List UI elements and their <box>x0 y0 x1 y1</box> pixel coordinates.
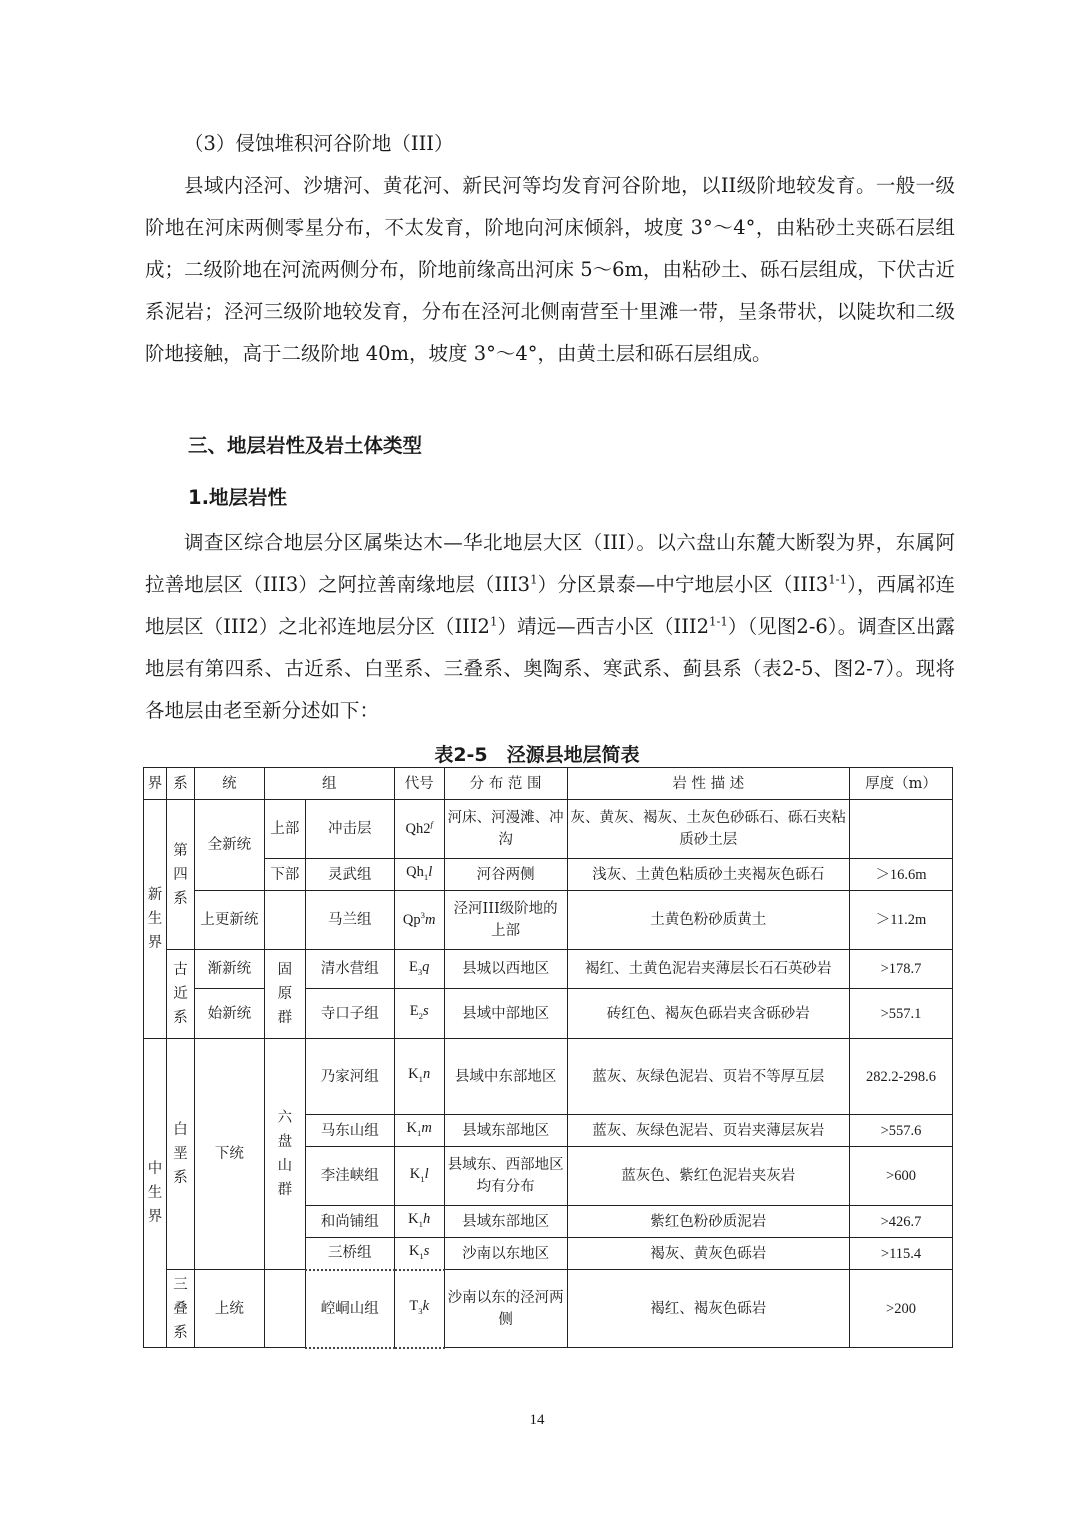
group-name: 清水营组 <box>305 950 394 989</box>
table-header-row: 界 系 统 组 代号 分 布 范 围 岩 性 描 述 厚度（m） <box>144 768 953 800</box>
paragraph-river-terrace: 县域内泾河、沙塘河、黄花河、新民河等均发育河谷阶地，以II级阶地较发育。一般一级… <box>145 165 955 375</box>
lithology: 砖红色、褐灰色砾岩夹含砾砂岩 <box>567 989 850 1039</box>
lithology: 蓝灰色、紫红色泥岩夹灰岩 <box>567 1147 850 1206</box>
thickness: ＞16.6m <box>850 859 953 891</box>
thickness: >426.7 <box>850 1206 953 1238</box>
lithology: 土黄色粉砂质黄土 <box>567 891 850 950</box>
table-caption: 表2-5 泾源县地层简表 <box>0 740 1074 767</box>
system-quaternary: 第四系 <box>166 800 194 950</box>
code: E3q <box>394 950 444 989</box>
header-range: 分 布 范 围 <box>444 768 567 800</box>
strata-table: 界 系 统 组 代号 分 布 范 围 岩 性 描 述 厚度（m） 新生界 第四系… <box>143 767 953 1349</box>
code: Qh2f <box>394 800 444 859</box>
series-holocene: 全新统 <box>194 800 264 891</box>
table-row: 下部 灵武组 Qh1l 河谷两侧 浅灰、土黄色粘质砂土夹褐灰色砾石 ＞16.6m <box>144 859 953 891</box>
thickness: >557.1 <box>850 989 953 1039</box>
distribution: 河床、河漫滩、冲沟 <box>444 800 567 859</box>
empty-cell <box>264 1270 305 1348</box>
page-number: 14 <box>0 1412 1074 1429</box>
group-name: 灵武组 <box>305 859 394 891</box>
header-lithology: 岩 性 描 述 <box>567 768 850 800</box>
system-triassic: 三叠系 <box>166 1270 194 1348</box>
thickness: >178.7 <box>850 950 953 989</box>
code: T3k <box>394 1270 444 1348</box>
chapter-heading: 三、地层岩性及岩土体类型 <box>188 430 422 458</box>
header-era: 界 <box>144 768 167 800</box>
group-name: 乃家河组 <box>305 1039 394 1115</box>
thickness: 282.2-298.6 <box>850 1039 953 1115</box>
subdivision: 上部 <box>264 800 305 859</box>
header-code: 代号 <box>394 768 444 800</box>
code: K1s <box>394 1238 444 1270</box>
empty-cell <box>264 891 305 950</box>
code: E2s <box>394 989 444 1039</box>
thickness: >115.4 <box>850 1238 953 1270</box>
table-row: 上更新统 马兰组 Qp3m 泾河III级阶地的上部 土黄色粉砂质黄土 ＞11.2… <box>144 891 953 950</box>
lithology: 灰、黄灰、褐灰、土灰色砂砾石、砾石夹粘质砂土层 <box>567 800 850 859</box>
group-liupanshan: 六盘山群 <box>264 1039 305 1270</box>
group-name: 冲击层 <box>305 800 394 859</box>
header-group: 组 <box>264 768 394 800</box>
header-system: 系 <box>166 768 194 800</box>
lithology: 褐灰、黄灰色砾岩 <box>567 1238 850 1270</box>
table-row: 中生界 白垩系 下统 六盘山群 乃家河组 K1n 县域中东部地区 蓝灰、灰绿色泥… <box>144 1039 953 1115</box>
group-name: 寺口子组 <box>305 989 394 1039</box>
distribution: 沙南以东地区 <box>444 1238 567 1270</box>
series-upper: 上统 <box>194 1270 264 1348</box>
header-series: 统 <box>194 768 264 800</box>
distribution: 县域中部地区 <box>444 989 567 1039</box>
era-mesozoic: 中生界 <box>144 1039 167 1348</box>
series: 始新统 <box>194 989 264 1039</box>
lithology: 紫红色粉砂质泥岩 <box>567 1206 850 1238</box>
distribution: 河谷两侧 <box>444 859 567 891</box>
system-cretaceous: 白垩系 <box>166 1039 194 1270</box>
thickness: >557.6 <box>850 1115 953 1147</box>
thickness: >600 <box>850 1147 953 1206</box>
code: K1h <box>394 1206 444 1238</box>
lithology: 蓝灰、灰绿色泥岩、页岩不等厚互层 <box>567 1039 850 1115</box>
distribution: 泾河III级阶地的上部 <box>444 891 567 950</box>
era-cenozoic: 新生界 <box>144 800 167 1039</box>
series: 上更新统 <box>194 891 264 950</box>
distribution: 沙南以东的泾河两侧 <box>444 1270 567 1348</box>
subdivision: 下部 <box>264 859 305 891</box>
group-name: 崆峒山组 <box>305 1270 394 1348</box>
subsection-heading: （3）侵蚀堆积河谷阶地（III） <box>145 123 955 165</box>
lithology: 褐红、土黄色泥岩夹薄层长石石英砂岩 <box>567 950 850 989</box>
group-name: 李洼峡组 <box>305 1147 394 1206</box>
distribution: 县域中东部地区 <box>444 1039 567 1115</box>
paragraph-stratigraphy-intro: 调查区综合地层分区属柴达木—华北地层大区（III）。以六盘山东麓大断裂为界，东属… <box>145 522 955 732</box>
thickness: >200 <box>850 1270 953 1348</box>
table-row: 古近系 渐新统 固原群 清水营组 E3q 县城以西地区 褐红、土黄色泥岩夹薄层长… <box>144 950 953 989</box>
lithology: 蓝灰、灰绿色泥岩、页岩夹薄层灰岩 <box>567 1115 850 1147</box>
distribution: 县域东部地区 <box>444 1206 567 1238</box>
code: K1n <box>394 1039 444 1115</box>
distribution: 县城以西地区 <box>444 950 567 989</box>
group-name: 和尚铺组 <box>305 1206 394 1238</box>
table-row: 三叠系 上统 崆峒山组 T3k 沙南以东的泾河两侧 褐红、褐灰色砾岩 >200 <box>144 1270 953 1348</box>
group-name: 三桥组 <box>305 1238 394 1270</box>
series-lower: 下统 <box>194 1039 264 1270</box>
series: 渐新统 <box>194 950 264 989</box>
section-heading: 1.地层岩性 <box>188 482 287 510</box>
distribution: 县域东部地区 <box>444 1115 567 1147</box>
table-row: 新生界 第四系 全新统 上部 冲击层 Qh2f 河床、河漫滩、冲沟 灰、黄灰、褐… <box>144 800 953 859</box>
system-paleogene: 古近系 <box>166 950 194 1039</box>
group-guyuan: 固原群 <box>264 950 305 1039</box>
lithology: 浅灰、土黄色粘质砂土夹褐灰色砾石 <box>567 859 850 891</box>
distribution: 县域东、西部地区均有分布 <box>444 1147 567 1206</box>
thickness: ＞11.2m <box>850 891 953 950</box>
lithology: 褐红、褐灰色砾岩 <box>567 1270 850 1348</box>
document-page: （3）侵蚀堆积河谷阶地（III） 县域内泾河、沙塘河、黄花河、新民河等均发育河谷… <box>0 0 1074 1520</box>
group-name: 马东山组 <box>305 1115 394 1147</box>
code: Qh1l <box>394 859 444 891</box>
header-thickness: 厚度（m） <box>850 768 953 800</box>
code: Qp3m <box>394 891 444 950</box>
code: K1m <box>394 1115 444 1147</box>
code: K1l <box>394 1147 444 1206</box>
group-name: 马兰组 <box>305 891 394 950</box>
thickness <box>850 800 953 859</box>
